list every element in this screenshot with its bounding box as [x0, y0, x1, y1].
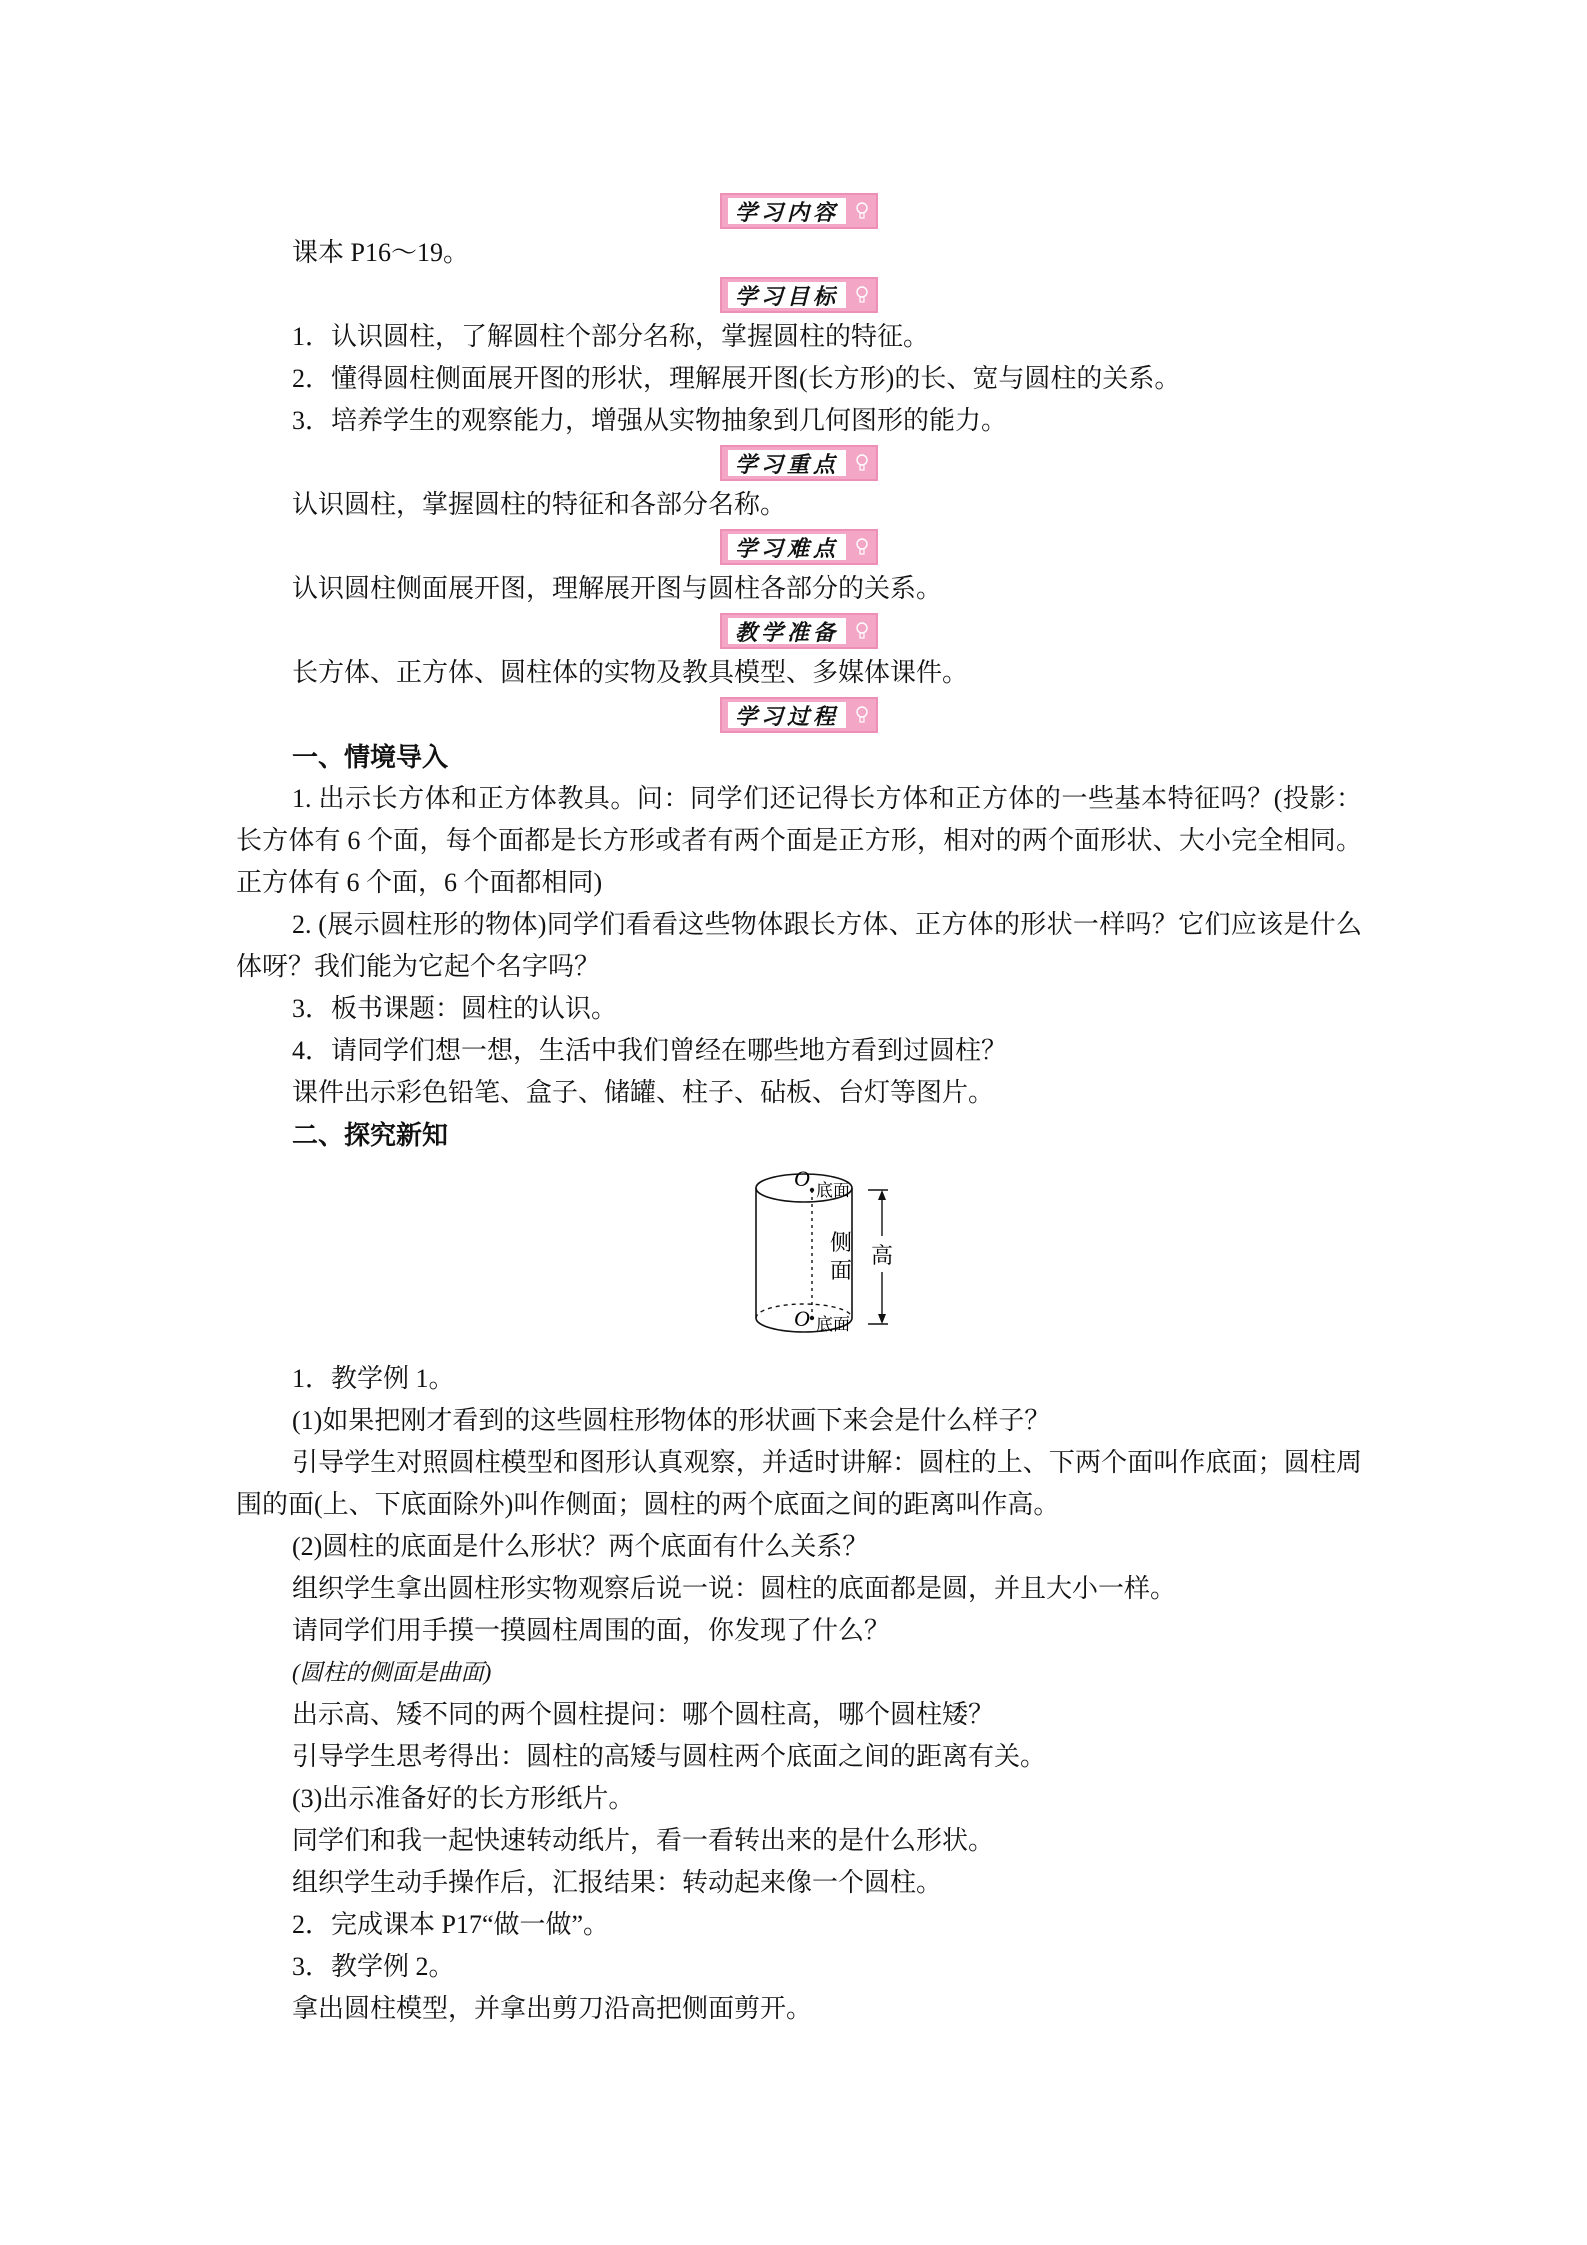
part2-line: (1)如果把刚才看到的这些圆柱形物体的形状画下来会是什么样子？ — [236, 1400, 1362, 1442]
lightbulb-icon — [854, 201, 870, 221]
badge-label: 教学准备 — [728, 618, 846, 644]
content-text: 课本 P16～19。 — [236, 232, 1362, 274]
side-label-2: 面 — [830, 1259, 852, 1284]
part1-paragraph-2: 2. (展示圆柱形的物体)同学们看看这些物体跟长方体、正方体的形状一样吗？它们应… — [236, 904, 1362, 988]
part2-line: 引导学生思考得出：圆柱的高矮与圆柱两个底面之间的距离有关。 — [236, 1736, 1362, 1778]
part2-line: 出示高、矮不同的两个圆柱提问：哪个圆柱高，哪个圆柱矮？ — [236, 1694, 1362, 1736]
section-badge-key-points: 学习重点 — [236, 442, 1362, 484]
section-badge-goals: 学习目标 — [236, 274, 1362, 316]
lightbulb-icon — [854, 705, 870, 725]
lightbulb-icon — [854, 621, 870, 641]
part2-line: 组织学生拿出圆柱形实物观察后说一说：圆柱的底面都是圆，并且大小一样。 — [236, 1568, 1362, 1610]
key-points-text: 认识圆柱，掌握圆柱的特征和各部分名称。 — [236, 484, 1362, 526]
bottom-base-label: 底面 — [816, 1315, 850, 1335]
part2-note: (圆柱的侧面是曲面) — [236, 1652, 1362, 1694]
badge-label: 学习难点 — [728, 534, 846, 560]
center-label-bottom: O — [794, 1306, 810, 1331]
goal-item: 3．培养学生的观察能力，增强从实物抽象到几何图形的能力。 — [236, 400, 1362, 442]
part2-line: 组织学生动手操作后，汇报结果：转动起来像一个圆柱。 — [236, 1862, 1362, 1904]
lightbulb-icon — [854, 453, 870, 473]
section-badge-difficulties: 学习难点 — [236, 526, 1362, 568]
section-badge-content: 学习内容 — [236, 190, 1362, 232]
goal-item: 1．认识圆柱，了解圆柱个部分名称，掌握圆柱的特征。 — [236, 316, 1362, 358]
cylinder-figure: O 底面 O 底面 侧 面 高 — [744, 1166, 894, 1346]
part2-paragraph: 引导学生对照圆柱模型和图形认真观察，并适时讲解：圆柱的上、下两个面叫作底面；圆柱… — [236, 1442, 1362, 1526]
badge-label: 学习目标 — [728, 282, 846, 308]
badge-label: 学习重点 — [728, 450, 846, 476]
part2-line: 拿出圆柱模型，并拿出剪刀沿高把侧面剪开。 — [236, 1988, 1362, 2030]
part1-paragraph-1: 1. 出示长方体和正方体教具。问：同学们还记得长方体和正方体的一些基本特征吗？(… — [236, 778, 1362, 904]
side-label-1: 侧 — [830, 1231, 852, 1256]
preparation-text: 长方体、正方体、圆柱体的实物及教具模型、多媒体课件。 — [236, 652, 1362, 694]
lightbulb-icon — [854, 285, 870, 305]
part2-line: 同学们和我一起快速转动纸片，看一看转出来的是什么形状。 — [236, 1820, 1362, 1862]
part1-paragraph-4: 4．请同学们想一想，生活中我们曾经在哪些地方看到过圆柱？ — [236, 1030, 1362, 1072]
part2-line: 3．教学例 2。 — [236, 1946, 1362, 1988]
part1-paragraph-5: 课件出示彩色铅笔、盒子、储罐、柱子、砧板、台灯等图片。 — [236, 1072, 1362, 1114]
part2-heading: 二、探究新知 — [236, 1114, 1362, 1156]
section-badge-process: 学习过程 — [236, 694, 1362, 736]
difficulties-text: 认识圆柱侧面展开图，理解展开图与圆柱各部分的关系。 — [236, 568, 1362, 610]
height-label: 高 — [871, 1244, 893, 1269]
cylinder-diagram: O 底面 O 底面 侧 面 高 — [236, 1166, 1362, 1346]
section-badge-preparation: 教学准备 — [236, 610, 1362, 652]
document-page: 学习内容 课本 P16～19。 学习目标 1．认识圆柱，了解圆柱个部分名称，掌握… — [236, 190, 1362, 2030]
part2-line: 请同学们用手摸一摸圆柱周围的面，你发现了什么？ — [236, 1610, 1362, 1652]
part2-line: 1．教学例 1。 — [236, 1358, 1362, 1400]
center-label-top: O — [794, 1166, 810, 1191]
part1-heading: 一、情境导入 — [236, 736, 1362, 778]
part2-line: (3)出示准备好的长方形纸片。 — [236, 1778, 1362, 1820]
part1-paragraph-3: 3．板书课题：圆柱的认识。 — [236, 988, 1362, 1030]
part2-line: (2)圆柱的底面是什么形状？两个底面有什么关系？ — [236, 1526, 1362, 1568]
top-base-label: 底面 — [816, 1181, 850, 1201]
part2-line: 2．完成课本 P17“做一做”。 — [236, 1904, 1362, 1946]
lightbulb-icon — [854, 537, 870, 557]
badge-label: 学习过程 — [728, 702, 846, 728]
badge-label: 学习内容 — [728, 198, 846, 224]
goal-item: 2．懂得圆柱侧面展开图的形状，理解展开图(长方形)的长、宽与圆柱的关系。 — [236, 358, 1362, 400]
